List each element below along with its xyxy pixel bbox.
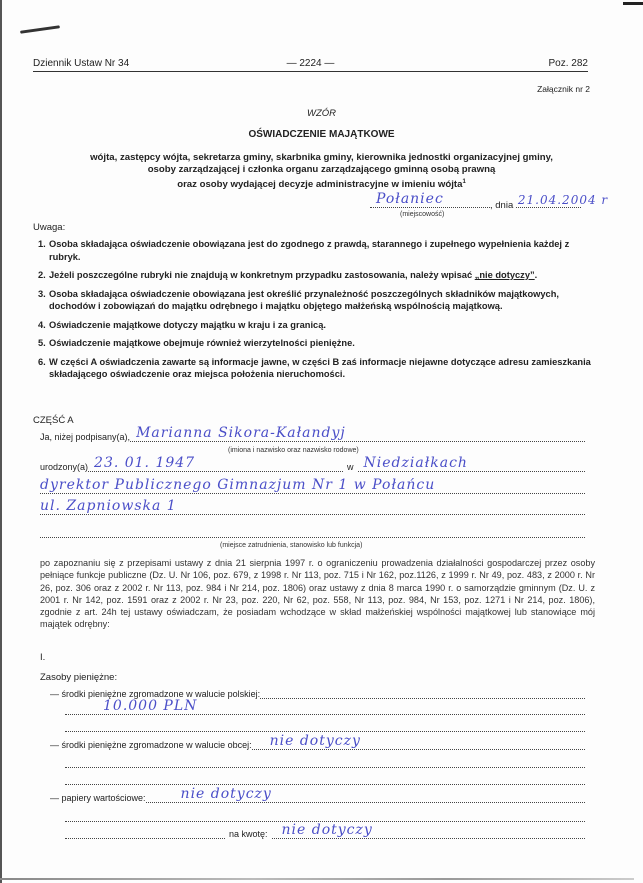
securities-value: nie dotyczy: [181, 786, 272, 802]
foreign-value: nie dotyczy: [270, 733, 361, 749]
signer-label: Ja, niżej podpisany(a),: [40, 432, 130, 442]
note-item: 6.W części A oświadczenia zawarte są inf…: [38, 356, 593, 381]
place-caption: (miejscowość): [400, 211, 444, 218]
section-heading: Zasoby pieniężne:: [40, 672, 117, 683]
securities-desc-field[interactable]: [65, 827, 225, 839]
born-date-value: 23. 01. 1947: [94, 455, 195, 471]
signer-field[interactable]: Marianna Sikora-Kałandyj: [130, 430, 585, 442]
template-label: WZÓR: [0, 108, 643, 119]
foreign-field[interactable]: nie dotyczy: [252, 738, 585, 750]
pln-field-3[interactable]: [65, 720, 585, 732]
foreign-field-2[interactable]: [65, 756, 585, 768]
date-field[interactable]: 21.04.2004 r: [516, 196, 581, 208]
subtitle-line: wójta, zastępcy wójta, sekretarza gminy,…: [0, 152, 643, 164]
pln-row-3: [65, 720, 585, 732]
notes-heading: Uwaga:: [33, 222, 65, 233]
born-label: urodzony(a): [40, 462, 88, 472]
securities-row-2: [65, 810, 585, 822]
employment-value-2: ul. Zapniowska 1: [40, 498, 177, 514]
page-number: — 2224 —: [33, 58, 588, 69]
date-value: 21.04.2004 r: [518, 193, 608, 207]
employment-field-1[interactable]: dyrektor Publicznego Gimnazjum Nr 1 w Po…: [40, 482, 585, 494]
born-in-label: w: [347, 462, 354, 472]
note-item: 4.Oświadczenie majątkowe dotyczy majątku…: [38, 319, 593, 332]
securities-field-2[interactable]: [65, 810, 585, 822]
foreign-label: — środki pieniężne zgromadzone w walucie…: [50, 740, 252, 750]
notes-list: 1.Osoba składająca oświadczenie obowiąza…: [38, 238, 593, 387]
employment-value-1: dyrektor Publicznego Gimnazjum Nr 1 w Po…: [40, 477, 435, 493]
pln-value: 10.000 PLN: [103, 698, 197, 714]
foreign-row-2: [65, 756, 585, 768]
amount-label: na kwotę:: [229, 829, 268, 839]
employment-row-3: [40, 526, 585, 538]
employment-caption: (miejsce zatrudnienia, stanowisko lub fu…: [220, 542, 362, 549]
place-date-field: Połaniec, dnia 21.04.2004 r: [370, 196, 581, 211]
scan-corner-mark: [623, 2, 643, 5]
form-subtitle: wójta, zastępcy wójta, sekretarza gminy,…: [0, 152, 643, 191]
amount-value: nie dotyczy: [282, 822, 373, 838]
note-item: 1.Osoba składająca oświadczenie obowiąza…: [38, 238, 593, 263]
born-place-field[interactable]: Niedziałkach: [358, 460, 585, 472]
securities-label: — papiery wartościowe:: [50, 793, 146, 803]
born-row: urodzony(a) 23. 01. 1947 w Niedziałkach: [40, 460, 585, 472]
foreign-row-3: [65, 773, 585, 785]
place-field[interactable]: Połaniec: [370, 196, 490, 208]
subtitle-line: oraz osoby wydającej decyzje administrac…: [0, 176, 643, 191]
note-item: 3.Osoba składająca oświadczenie obowiąza…: [38, 288, 593, 313]
pln-row-2: 10.000 PLN: [65, 703, 585, 715]
foreign-field-3[interactable]: [65, 773, 585, 785]
employment-field-2[interactable]: ul. Zapniowska 1: [40, 503, 585, 515]
employment-row-1: dyrektor Publicznego Gimnazjum Nr 1 w Po…: [40, 482, 585, 494]
scanned-document-page: Dziennik Ustaw Nr 34 — 2224 — Poz. 282 Z…: [0, 0, 643, 883]
employment-field-3[interactable]: [40, 526, 585, 538]
foreign-row: — środki pieniężne zgromadzone w walucie…: [50, 738, 585, 750]
annex-label: Załącznik nr 2: [537, 84, 590, 94]
pln-field-2[interactable]: 10.000 PLN: [65, 703, 585, 715]
pen-mark: [20, 25, 60, 34]
pln-field[interactable]: [260, 687, 585, 699]
part-a-heading: CZĘŚĆ A: [33, 415, 74, 426]
amount-row: na kwotę: nie dotyczy: [65, 827, 585, 839]
footnote-marker: 1: [462, 179, 465, 185]
securities-row: — papiery wartościowe: nie dotyczy: [50, 791, 585, 803]
scan-bottom-edge: [0, 878, 634, 880]
date-label: , dnia: [490, 200, 513, 211]
form-title: OŚWIADCZENIE MAJĄTKOWE: [0, 129, 643, 140]
note-item: 2.Jeżeli poszczególne rubryki nie znajdu…: [38, 269, 593, 282]
born-place-value: Niedziałkach: [364, 455, 468, 471]
signer-caption: (imiona i nazwisko oraz nazwisko rodowe): [228, 447, 359, 454]
signer-row: Ja, niżej podpisany(a), Marianna Sikora-…: [40, 430, 585, 442]
securities-field[interactable]: nie dotyczy: [146, 791, 585, 803]
born-date-field[interactable]: 23. 01. 1947: [88, 460, 343, 472]
note-item: 5.Oświadczenie majątkowe obejmuje równie…: [38, 337, 593, 350]
section-number: I.: [40, 652, 45, 663]
journal-header: Dziennik Ustaw Nr 34 — 2224 — Poz. 282: [33, 56, 588, 72]
signer-value: Marianna Sikora-Kałandyj: [136, 425, 346, 441]
employment-row-2: ul. Zapniowska 1: [40, 503, 585, 515]
amount-field[interactable]: nie dotyczy: [272, 827, 585, 839]
place-value: Połaniec: [376, 191, 444, 207]
subtitle-line: osoby zarządzającej i członka organu zar…: [0, 164, 643, 176]
legal-statement: po zapoznaniu się z przepisami ustawy z …: [40, 557, 595, 631]
